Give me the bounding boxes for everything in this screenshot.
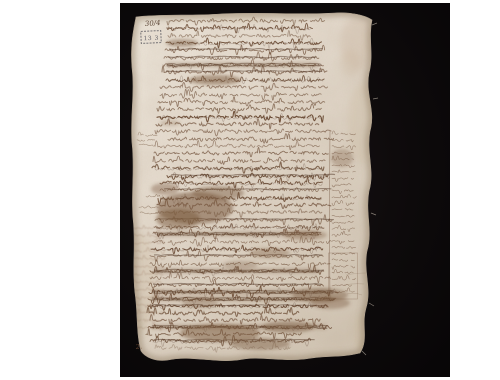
manuscript-photo: 30/4 13 3 2.	[120, 3, 450, 377]
stamp-text: 13 3	[143, 35, 159, 43]
folio-number: 30/4	[145, 19, 161, 28]
manuscript-svg: 30/4 13 3 2.	[120, 3, 450, 377]
corner-mark: 2.	[134, 342, 142, 351]
photo-mat: 30/4 13 3 2.	[0, 0, 500, 380]
